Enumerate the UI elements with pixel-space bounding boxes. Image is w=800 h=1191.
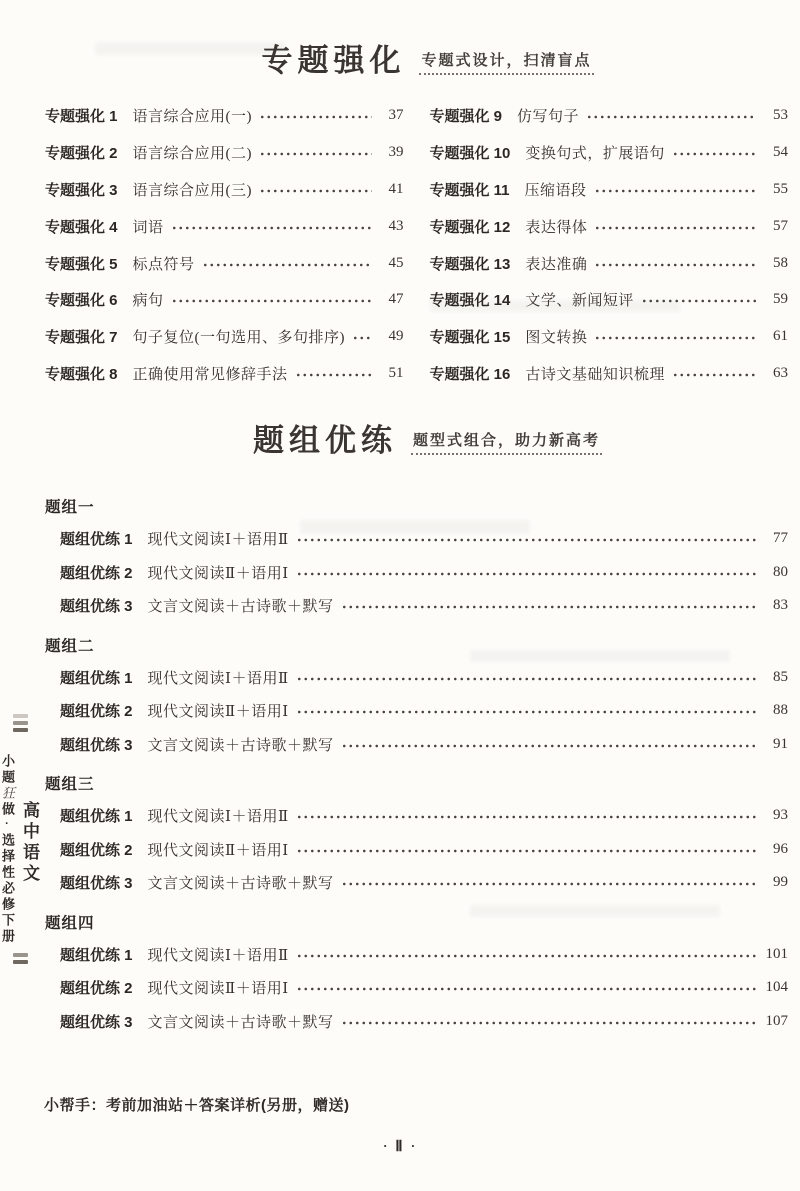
entry-page-number: 58 [762, 255, 788, 272]
entry-page-number: 45 [378, 255, 404, 272]
entry-label: 题组优练 3 [60, 1011, 133, 1032]
toc-entry: 题组优练 1 现代文阅读Ⅰ＋语用Ⅱ 77 [60, 522, 788, 556]
entry-page-number: 96 [762, 841, 788, 858]
toc-entry: 专题强化 10 变换句式，扩展语句 54 [430, 134, 789, 171]
entry-label: 题组优练 1 [60, 805, 133, 826]
entry-title: 文言文阅读＋古诗歌＋默写 [148, 595, 334, 616]
dot-leader [341, 739, 756, 753]
page-number-value: Ⅱ [395, 1139, 404, 1155]
entry-label: 专题强化 6 [45, 289, 118, 310]
dot-leader [672, 368, 756, 382]
entry-label: 题组优练 2 [60, 977, 133, 998]
toc-page: 高中语文 小题狂做·选择性必修下册 专题强化 专题式设计，扫清盲点 专题强化 1… [0, 0, 800, 1191]
entry-page-number: 54 [762, 144, 788, 161]
entry-label: 专题强化 2 [45, 142, 118, 163]
entry-page-number: 93 [762, 807, 788, 824]
spine-sub-suffix: 做 [0, 802, 15, 818]
entry-title: 压缩语段 [525, 179, 587, 200]
entry-label: 专题强化 5 [45, 253, 118, 274]
toc-entry: 题组优练 3 文言文阅读＋古诗歌＋默写 107 [60, 1005, 788, 1039]
entry-page-number: 91 [762, 736, 788, 753]
entry-label: 专题强化 3 [45, 179, 118, 200]
dot-leader [672, 147, 756, 161]
tizu-title: 题组优练 [253, 424, 397, 458]
entry-page-number: 85 [762, 669, 788, 686]
entry-label: 专题强化 10 [430, 142, 511, 163]
entry-title: 图文转换 [525, 326, 587, 347]
spine-text: 高中语文 小题狂做·选择性必修下册 [0, 740, 42, 945]
toc-entry: 专题强化 9 仿写句子 53 [430, 97, 789, 134]
group-entries: 题组优练 1 现代文阅读Ⅰ＋语用Ⅱ 101 题组优练 2 现代文阅读Ⅱ＋语用Ⅰ … [45, 938, 788, 1039]
entry-title: 现代文阅读Ⅰ＋语用Ⅱ [148, 944, 289, 965]
dot-leader [296, 705, 756, 719]
group-label: 题组一 [45, 490, 788, 522]
dot-leader [594, 221, 756, 235]
toc-entry: 题组优练 1 现代文阅读Ⅰ＋语用Ⅱ 101 [60, 938, 788, 972]
page-number-dot-left: · [377, 1138, 395, 1153]
entry-title: 仿写句子 [517, 105, 579, 126]
entry-page-number: 101 [762, 946, 788, 963]
dot-leader [296, 567, 756, 581]
zhuanti-title: 专题强化 [261, 44, 405, 78]
toc-entry: 专题强化 14 文学、新闻短评 59 [430, 281, 789, 318]
entry-page-number: 37 [378, 107, 404, 124]
entry-label: 专题强化 4 [45, 216, 118, 237]
entry-page-number: 47 [378, 291, 404, 308]
entry-label: 题组优练 1 [60, 528, 133, 549]
entry-title: 表达准确 [525, 253, 587, 274]
group-label: 题组四 [45, 906, 788, 938]
toc-entry: 专题强化 11 压缩语段 55 [430, 171, 789, 208]
spine-separator: · [1, 818, 13, 833]
entry-title: 语言综合应用(三) [133, 179, 253, 200]
entry-label: 专题强化 11 [430, 179, 510, 200]
entry-page-number: 83 [762, 597, 788, 614]
toc-entry: 题组优练 2 现代文阅读Ⅱ＋语用Ⅰ 88 [60, 694, 788, 728]
toc-entry: 题组优练 2 现代文阅读Ⅱ＋语用Ⅰ 80 [60, 556, 788, 590]
dot-leader [341, 1016, 756, 1030]
dot-leader [171, 221, 372, 235]
dot-leader [296, 810, 756, 824]
toc-entry: 专题强化 6 病句 47 [45, 281, 404, 318]
dot-leader [341, 600, 756, 614]
entry-title: 语言综合应用(二) [133, 142, 253, 163]
dot-leader [259, 110, 371, 124]
entry-title: 文言文阅读＋古诗歌＋默写 [148, 734, 334, 755]
entry-label: 专题强化 1 [45, 105, 118, 126]
entry-page-number: 51 [378, 365, 404, 382]
dot-leader [594, 184, 756, 198]
entry-page-number: 55 [762, 181, 788, 198]
toc-entry: 专题强化 1 语言综合应用(一) 37 [45, 97, 404, 134]
entry-page-number: 63 [762, 365, 788, 382]
entry-label: 专题强化 16 [430, 363, 511, 384]
tizu-group: 题组三 题组优练 1 现代文阅读Ⅰ＋语用Ⅱ 93 题组优练 2 现代文阅 [45, 767, 788, 900]
dot-leader [259, 184, 371, 198]
tizu-subtitle: 题型式组合，助力新高考 [411, 429, 602, 455]
dot-leader [586, 110, 756, 124]
toc-entry: 题组优练 3 文言文阅读＋古诗歌＋默写 83 [60, 589, 788, 623]
zhuanti-right-column: 专题强化 9 仿写句子 53 专题强化 10 变换句式，扩展语句 54 专题强化… [430, 97, 789, 392]
entry-page-number: 104 [762, 979, 788, 996]
tizu-group: 题组四 题组优练 1 现代文阅读Ⅰ＋语用Ⅱ 101 题组优练 2 现代文 [45, 906, 788, 1039]
dot-leader [352, 331, 371, 345]
entry-label: 专题强化 13 [430, 253, 511, 274]
toc-entry: 题组优练 2 现代文阅读Ⅱ＋语用Ⅰ 96 [60, 833, 788, 867]
dot-leader [259, 147, 371, 161]
toc-entry: 专题强化 4 词语 43 [45, 208, 404, 245]
group-label: 题组三 [45, 767, 788, 799]
entry-label: 题组优练 3 [60, 734, 133, 755]
zhuanti-header: 专题强化 专题式设计，扫清盲点 [0, 44, 800, 78]
spine-sub-prefix: 小题 [0, 754, 15, 786]
entry-page-number: 41 [378, 181, 404, 198]
entry-title: 正确使用常见修辞手法 [133, 363, 288, 384]
entry-page-number: 61 [762, 328, 788, 345]
entry-title: 句子复位(一句选用、多句排序) [133, 326, 346, 347]
entry-title: 文学、新闻短评 [525, 289, 634, 310]
entry-title: 现代文阅读Ⅰ＋语用Ⅱ [148, 805, 289, 826]
entry-title: 现代文阅读Ⅱ＋语用Ⅰ [148, 839, 289, 860]
tizu-groups: 题组一 题组优练 1 现代文阅读Ⅰ＋语用Ⅱ 77 题组优练 2 现代文阅 [45, 490, 788, 1044]
group-entries: 题组优练 1 现代文阅读Ⅰ＋语用Ⅱ 85 题组优练 2 现代文阅读Ⅱ＋语用Ⅰ 8… [45, 661, 788, 762]
toc-entry: 题组优练 3 文言文阅读＋古诗歌＋默写 99 [60, 866, 788, 900]
toc-entry: 专题强化 8 正确使用常见修辞手法 51 [45, 355, 404, 392]
entry-page-number: 99 [762, 874, 788, 891]
dot-leader [171, 294, 372, 308]
entry-label: 专题强化 14 [430, 289, 511, 310]
page-number-dot-right: · [405, 1138, 423, 1153]
entry-title: 文言文阅读＋古诗歌＋默写 [148, 1011, 334, 1032]
entry-title: 标点符号 [133, 253, 195, 274]
toc-entry: 专题强化 3 语言综合应用(三) 41 [45, 171, 404, 208]
dot-leader [296, 949, 756, 963]
spine-volume-title: 小题狂做·选择性必修下册 [0, 754, 17, 945]
entry-label: 专题强化 8 [45, 363, 118, 384]
dot-leader [296, 533, 756, 547]
entry-page-number: 39 [378, 144, 404, 161]
entry-page-number: 49 [378, 328, 404, 345]
toc-entry: 专题强化 7 句子复位(一句选用、多句排序) 49 [45, 318, 404, 355]
entry-label: 题组优练 3 [60, 872, 133, 893]
entry-label: 专题强化 15 [430, 326, 511, 347]
entry-title: 语言综合应用(一) [133, 105, 253, 126]
zhuanti-subtitle: 专题式设计，扫清盲点 [419, 49, 593, 75]
entry-label: 题组优练 1 [60, 667, 133, 688]
entry-page-number: 80 [762, 564, 788, 581]
entry-label: 专题强化 7 [45, 326, 118, 347]
group-entries: 题组优练 1 现代文阅读Ⅰ＋语用Ⅱ 93 题组优练 2 现代文阅读Ⅱ＋语用Ⅰ 9… [45, 799, 788, 900]
entry-page-number: 88 [762, 702, 788, 719]
toc-entry: 专题强化 5 标点符号 45 [45, 245, 404, 282]
entry-title: 古诗文基础知识梳理 [525, 363, 665, 384]
toc-entry: 题组优练 2 现代文阅读Ⅱ＋语用Ⅰ 104 [60, 971, 788, 1005]
group-label: 题组二 [45, 629, 788, 661]
dot-leader [341, 877, 756, 891]
entry-title: 词语 [133, 216, 164, 237]
toc-entry: 题组优练 3 文言文阅读＋古诗歌＋默写 91 [60, 728, 788, 762]
entry-label: 题组优练 2 [60, 839, 133, 860]
entry-title: 现代文阅读Ⅰ＋语用Ⅱ [148, 528, 289, 549]
spine-series-title: 高中语文 [17, 801, 42, 885]
group-entries: 题组优练 1 现代文阅读Ⅰ＋语用Ⅱ 77 题组优练 2 现代文阅读Ⅱ＋语用Ⅰ 8… [45, 522, 788, 623]
dot-leader [295, 368, 372, 382]
toc-entry: 专题强化 15 图文转换 61 [430, 318, 789, 355]
entry-title: 病句 [133, 289, 164, 310]
tizu-group: 题组二 题组优练 1 现代文阅读Ⅰ＋语用Ⅱ 85 题组优练 2 现代文阅 [45, 629, 788, 762]
toc-entry: 专题强化 16 古诗文基础知识梳理 63 [430, 355, 789, 392]
entry-label: 题组优练 2 [60, 700, 133, 721]
page-number: ·Ⅱ· [0, 1137, 800, 1156]
spine-sub-stylized: 狂 [0, 786, 15, 802]
spine-bars-icon [13, 953, 28, 964]
entry-title: 现代文阅读Ⅱ＋语用Ⅰ [148, 977, 289, 998]
dot-leader [594, 258, 756, 272]
dot-leader [296, 844, 756, 858]
tizu-header: 题组优练 题型式组合，助力新高考 [0, 424, 800, 458]
spine-bars-icon [13, 714, 28, 732]
entry-page-number: 59 [762, 291, 788, 308]
toc-entry: 题组优练 1 现代文阅读Ⅰ＋语用Ⅱ 85 [60, 661, 788, 695]
entry-title: 现代文阅读Ⅱ＋语用Ⅰ [148, 700, 289, 721]
entry-page-number: 77 [762, 530, 788, 547]
entry-label: 专题强化 12 [430, 216, 511, 237]
dot-leader [296, 672, 756, 686]
zhuanti-toc: 专题强化 1 语言综合应用(一) 37 专题强化 2 语言综合应用(二) 39 … [45, 97, 788, 392]
toc-entry: 专题强化 2 语言综合应用(二) 39 [45, 134, 404, 171]
book-spine: 高中语文 小题狂做·选择性必修下册 [7, 712, 33, 964]
toc-entry: 专题强化 12 表达得体 57 [430, 208, 789, 245]
entry-label: 专题强化 9 [430, 105, 503, 126]
entry-page-number: 107 [762, 1013, 788, 1030]
zhuanti-left-column: 专题强化 1 语言综合应用(一) 37 专题强化 2 语言综合应用(二) 39 … [45, 97, 404, 392]
toc-entry: 专题强化 13 表达准确 58 [430, 245, 789, 282]
dot-leader [202, 258, 372, 272]
dot-leader [296, 982, 756, 996]
entry-title: 变换句式，扩展语句 [525, 142, 665, 163]
dot-leader [641, 294, 756, 308]
entry-title: 文言文阅读＋古诗歌＋默写 [148, 872, 334, 893]
spine-volume: 选择性必修下册 [0, 833, 15, 945]
helper-note: 小帮手：考前加油站＋答案详析(另册，赠送) [44, 1094, 350, 1115]
entry-page-number: 43 [378, 218, 404, 235]
entry-label: 题组优练 1 [60, 944, 133, 965]
entry-label: 题组优练 3 [60, 595, 133, 616]
entry-page-number: 57 [762, 218, 788, 235]
entry-title: 现代文阅读Ⅱ＋语用Ⅰ [148, 562, 289, 583]
entry-page-number: 53 [762, 107, 788, 124]
dot-leader [594, 331, 756, 345]
toc-entry: 题组优练 1 现代文阅读Ⅰ＋语用Ⅱ 93 [60, 799, 788, 833]
entry-title: 现代文阅读Ⅰ＋语用Ⅱ [148, 667, 289, 688]
tizu-group: 题组一 题组优练 1 现代文阅读Ⅰ＋语用Ⅱ 77 题组优练 2 现代文阅 [45, 490, 788, 623]
entry-label: 题组优练 2 [60, 562, 133, 583]
entry-title: 表达得体 [525, 216, 587, 237]
